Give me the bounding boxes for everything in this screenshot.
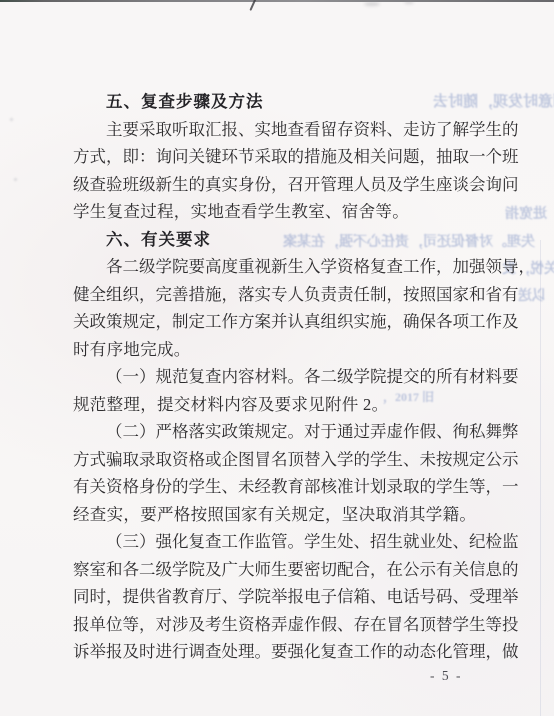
text-line: 时有序地完成。 [73,336,515,364]
scan-speck [14,178,17,181]
section-heading: 六、有关要求 [73,226,515,254]
text-line: （一）规范复查内容材料。各二级学院提交的所有材料要 [73,363,515,391]
text-line: 主要采取听取汇报、实地查看留存资料、走访了解学生的 [73,116,515,144]
text-line: 级查验班级新生的真实身份，召开管理人员及学生座谈会询问 [73,171,515,199]
document-text-body: 五、复查步骤及方法主要采取听取汇报、实地查看留存资料、走访了解学生的方式，即：询… [73,88,515,666]
scan-smudge [404,1,414,4]
text-line: 经查实，要严格按照国家有关规定，坚决取消其学籍。 [73,501,515,529]
text-line: 各二级学院要高度重视新生入学资格复查工作，加强领导， [73,253,515,281]
text-line: 报单位等，对涉及考生资格弄虚作假、存在冒名顶替学生等投 [73,611,515,639]
scan-speck [10,118,13,121]
section-heading: 五、复查步骤及方法 [73,88,515,116]
text-line: 方式骗取录取资格或企图冒名顶替入学的学生、未按规定公示 [73,446,515,474]
text-line: 有关资格身份的学生、未经教育部核准计划录取的学生等，一 [73,473,515,501]
text-line: 方式，即：询问关键环节采取的措施及相关问题，抽取一个班 [73,143,515,171]
text-line: 诉举报及时进行调查处理。要强化复查工作的动态化管理，做 [73,638,515,666]
text-line: 健全组织，完善措施，落实专人负责责任制，按照国家和省有 [73,281,515,309]
page-number: - 5 - [430,666,490,686]
bleedthrough-text: 以送 [518,285,546,305]
text-line: 察室和各二级学院及广大师生要密切配合，在公示有关信息的 [73,556,515,584]
scanned-document-page: 刻意时发现，随时去的，进宽指失理。对督促还司，责任心不强，在某案关悦，发以送，2… [0,0,554,716]
text-line: （二）严格落实政策规定。对于通过弄虚作假、徇私舞弊 [73,418,515,446]
scan-smudge [364,2,380,6]
text-line: （三）强化复查工作监管。学生处、招生就业处、纪检监 [73,528,515,556]
text-line: 学生复查过程，实地查看学生教室、宿舍等。 [73,198,515,226]
text-line: 规范整理，提交材料内容及要求见附件 2。 [73,391,515,419]
paper-fold-line [540,240,541,716]
text-line: 同时，提供省教育厅、学院举报电子信箱、电话号码、受理举 [73,583,515,611]
text-line: 关政策规定，制定工作方案并认真组织实施，确保各项工作及 [73,308,515,336]
scan-top-edge-artifact [0,0,554,2]
